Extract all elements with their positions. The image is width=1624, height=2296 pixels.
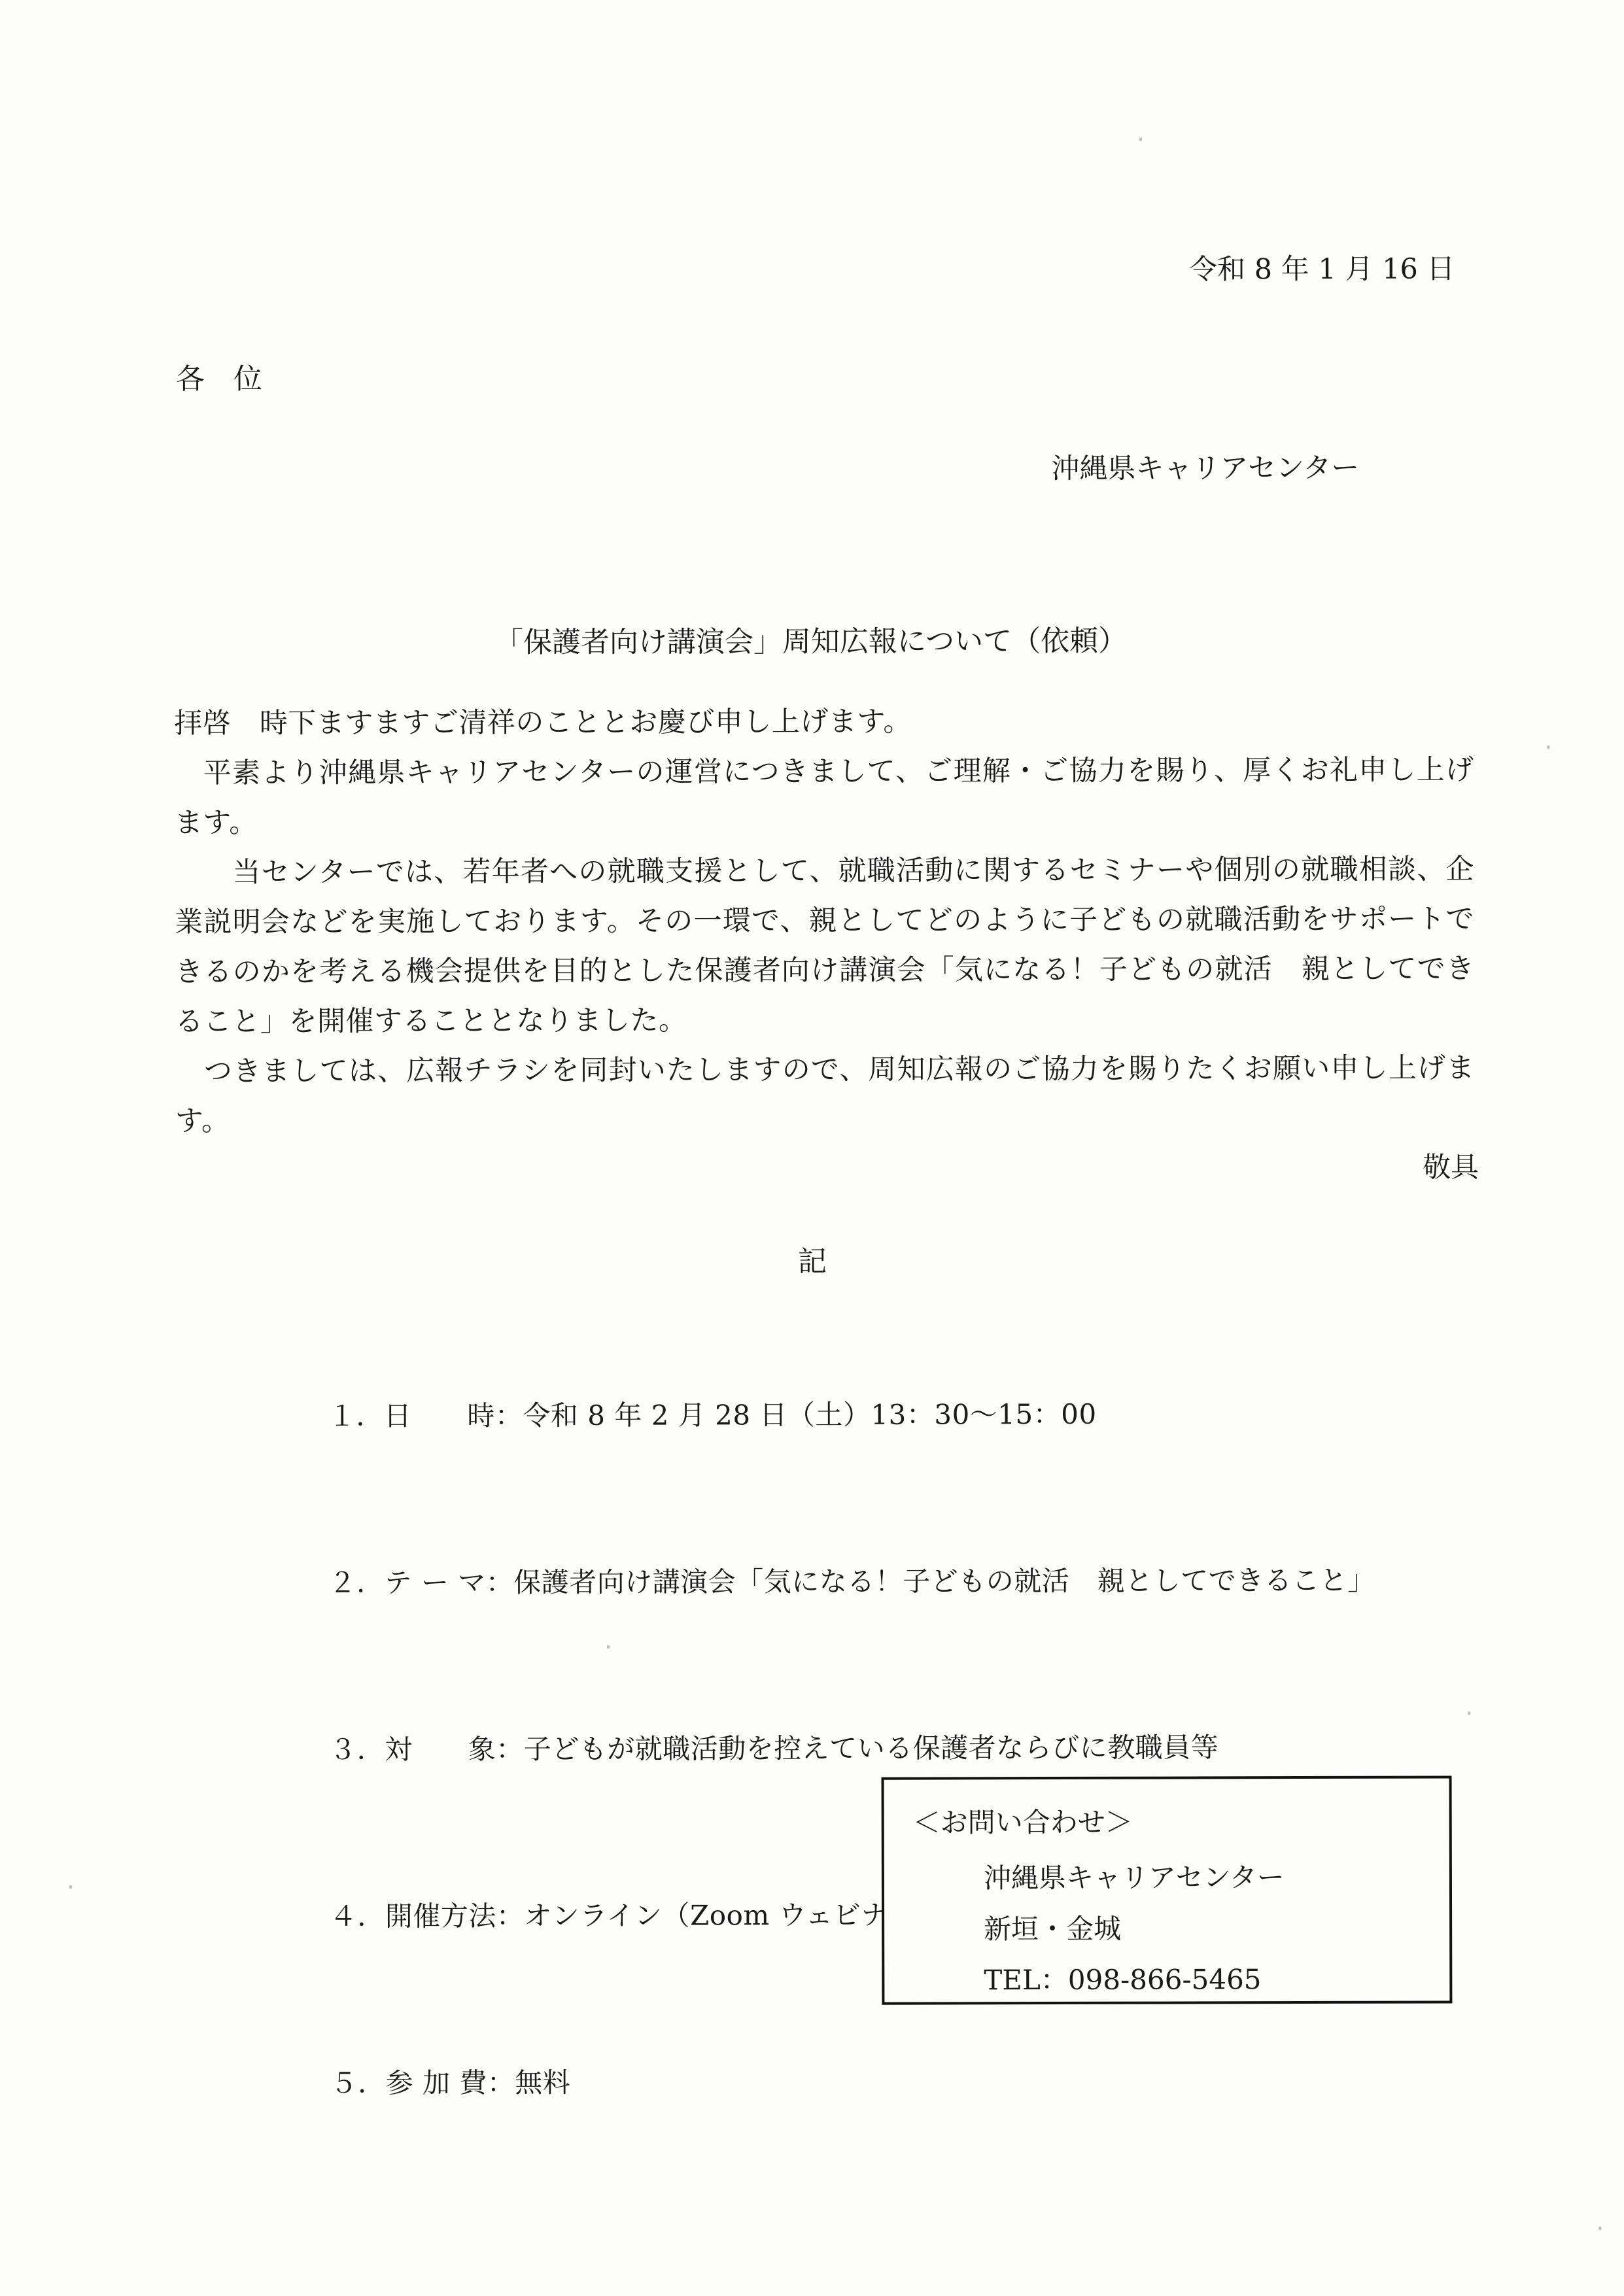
item-label: １．日 時： [328,1399,523,1432]
paragraph-request: つきましては、広報チラシを同封いたしますので、周知広報のご協力を賜りたくお願い申… [175,1043,1475,1146]
item-label: ２．テ ー マ： [328,1566,513,1599]
list-item-theme: ２．テ ー マ：保護者向け講演会「気になる！子どもの就活 親としてできること」 [256,1496,1624,1666]
salutation-line: 拝啓 時下ますますご清祥のこととお慶び申し上げます。 [174,695,1474,748]
item-label: ３．対 象： [329,1733,524,1766]
item-label: ５．参 加 費： [330,2066,515,2099]
record-heading: 記 [0,1241,1624,1284]
sender-name: 沖縄県キャリアセンター [0,451,1622,489]
closing-keigu: 敬具 [0,1142,1624,1197]
item-label: ４．開催方法： [330,1900,525,1932]
scan-speck [1139,138,1142,141]
paragraph-thanks: 平素より沖縄県キャリアセンターの運営につきまして、ご理解・ご協力を賜り、厚くお礼… [174,745,1474,848]
contact-persons: 新垣・金城 [984,1902,1449,1955]
letter-body: 拝啓 時下ますますご清祥のこととお慶び申し上げます。 平素より沖縄県キャリアセン… [0,695,1624,1146]
item-value: 保護者向け講演会「気になる！子どもの就活 親としてできること」 [513,1564,1375,1598]
scan-speck [1468,1711,1470,1715]
letter-title: 「保護者向け講演会」周知広報について（依頼） [0,623,1623,662]
letter-content: 令和 8 年 1 月 16 日 各 位 沖縄県キャリアセンター 「保護者向け講演… [0,0,1624,2296]
contact-heading: ＜お問い合わせ＞ [913,1802,1449,1842]
scan-speck [362,725,364,728]
item-value: 無料 [515,2066,570,2099]
contact-lines: 沖縄県キャリアセンター 新垣・金城 TEL：098-866-5465 [984,1851,1450,2006]
item-value: 令和 8 年 2 月 28 日（土）13：30～15：00 [523,1398,1096,1431]
scan-speck [1547,745,1549,749]
letter-date: 令和 8 年 1 月 16 日 [0,0,1622,290]
paragraph-seminar: 当センターでは、若年者への就職支援として、就職活動に関するセミナーや個別の就職相… [175,844,1475,1046]
recipient: 各 位 [0,359,1622,398]
contact-org: 沖縄県キャリアセンター [984,1851,1449,1904]
item-value: 子どもが就職活動を控えている保護者ならびに教職員等 [524,1731,1219,1765]
letter-page: 令和 8 年 1 月 16 日 各 位 沖縄県キャリアセンター 「保護者向け講演… [0,0,1624,2296]
contact-tel: TEL：098-866-5465 [984,1953,1449,2006]
scan-speck [1598,2227,1601,2230]
scan-speck [69,1885,72,1889]
detail-list: １．日 時：令和 8 年 2 月 28 日（土）13：30～15：00 ２．テ … [1,1329,1624,2167]
scan-speck [607,1645,610,1649]
list-item-datetime: １．日 時：令和 8 年 2 月 28 日（土）13：30～15：00 [256,1329,1624,1499]
list-item-fee: ５．参 加 費：無料 [257,1996,1624,2167]
contact-box: ＜お問い合わせ＞ 沖縄県キャリアセンター 新垣・金城 TEL：098-866-5… [882,1775,1453,2004]
